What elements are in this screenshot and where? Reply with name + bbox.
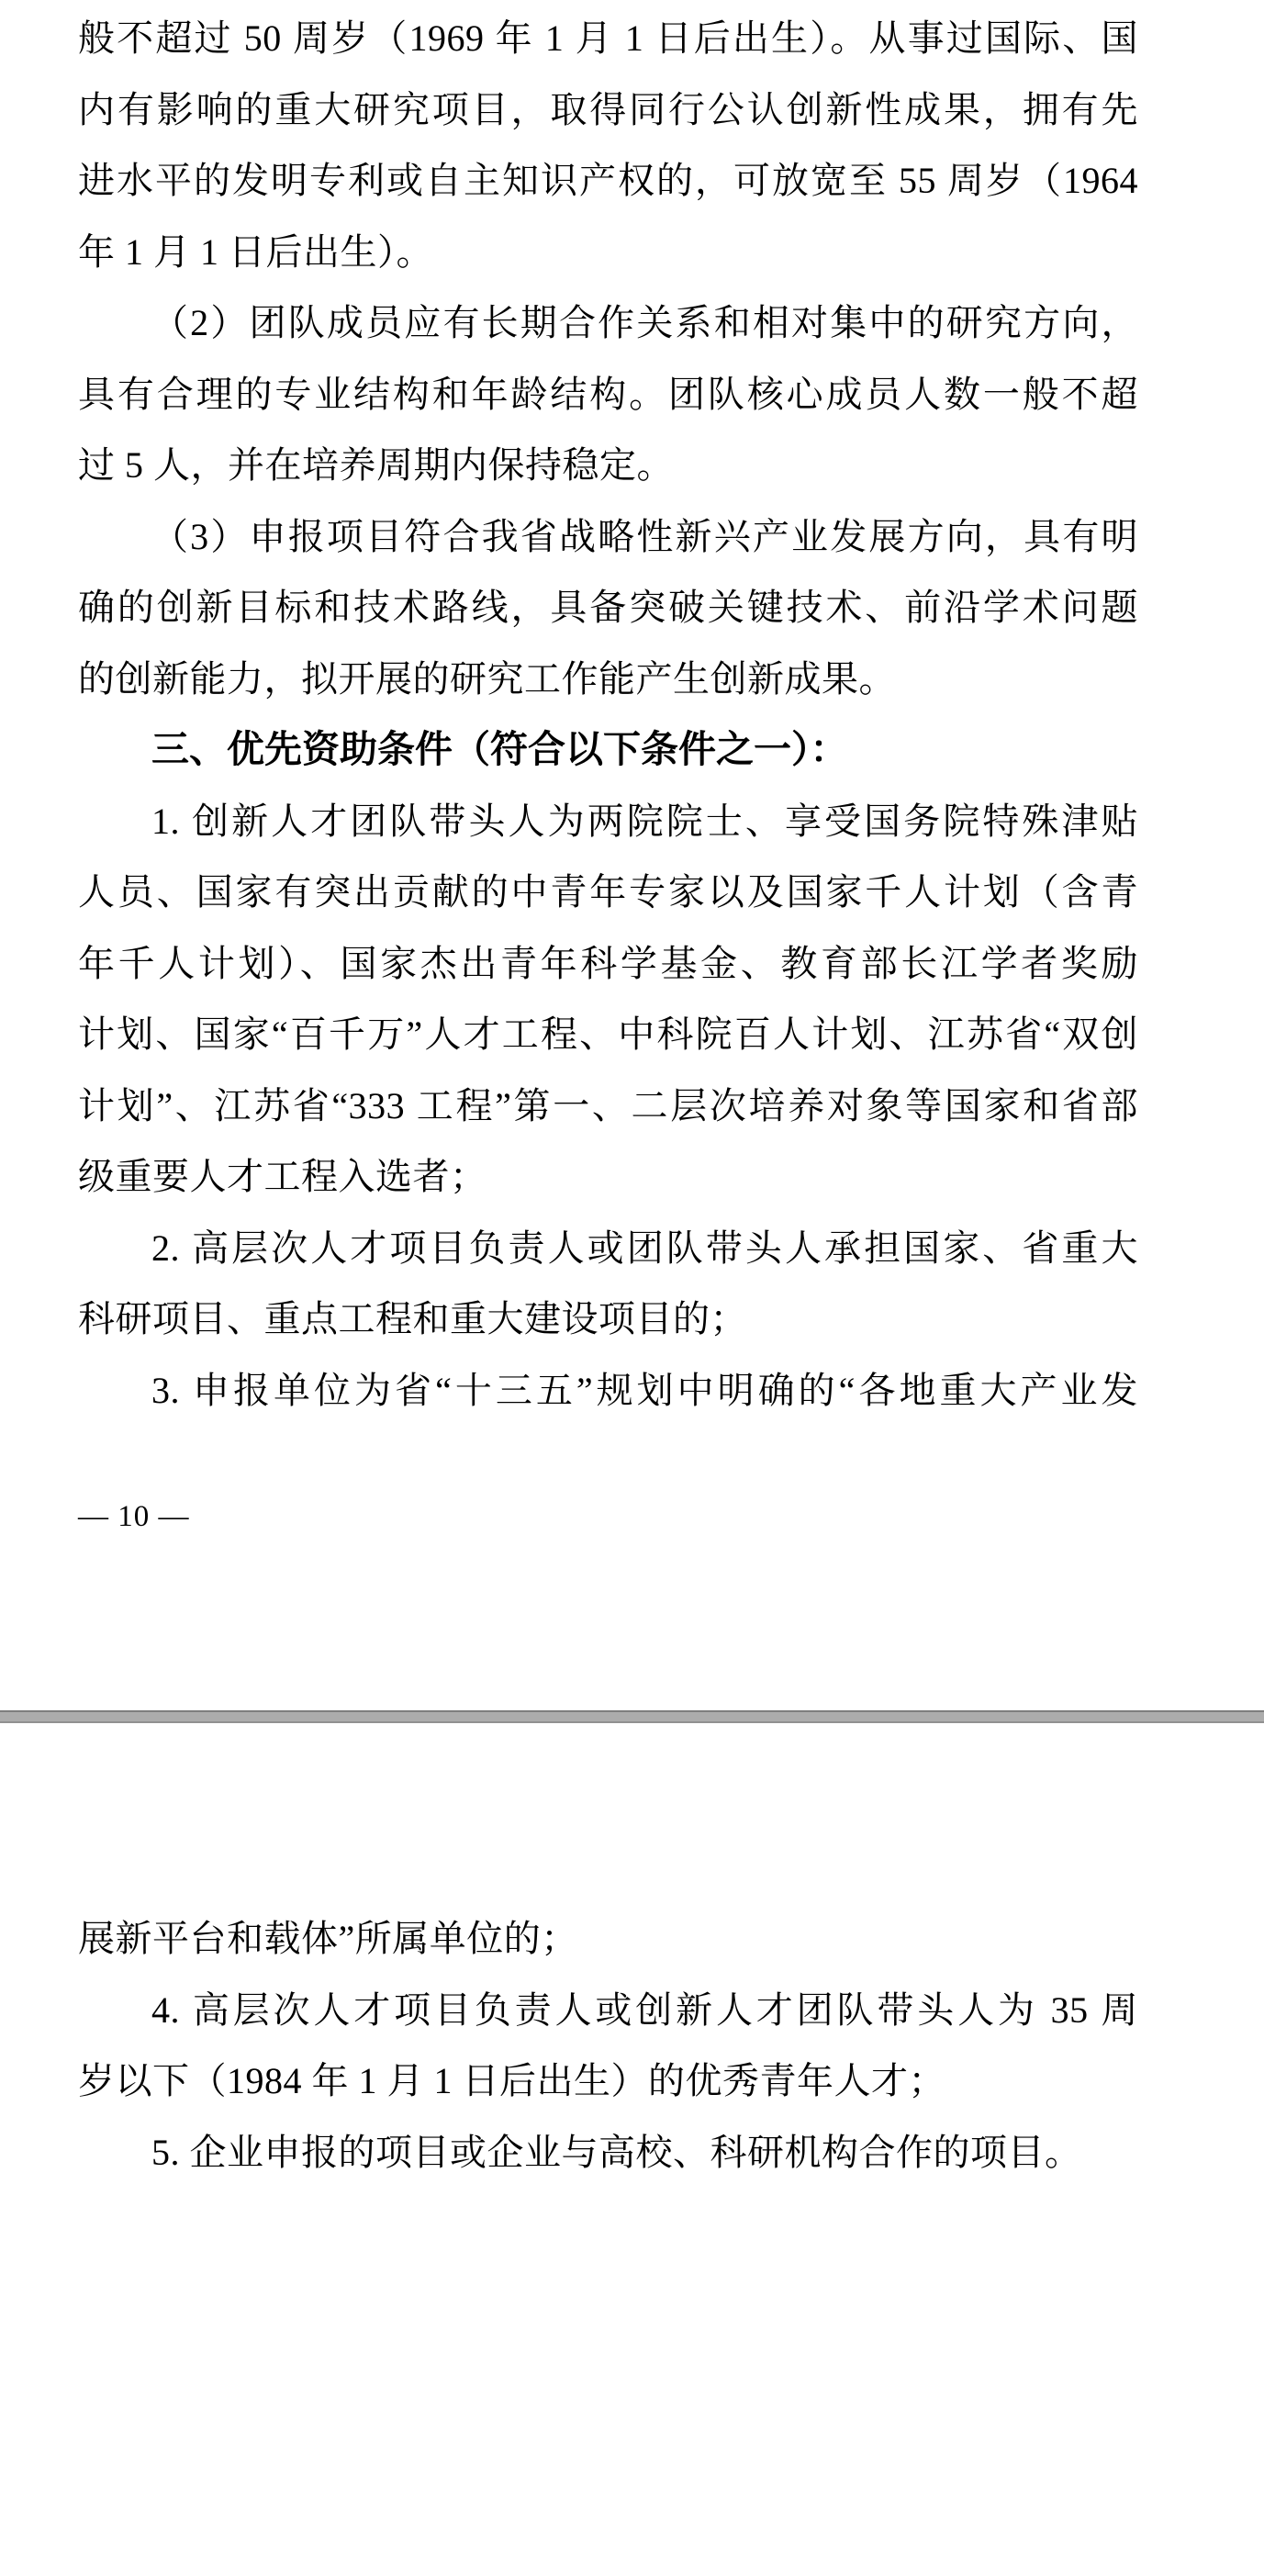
section-heading: 三、优先资助条件（符合以下条件之一）： <box>78 714 1138 786</box>
text-line: 5. 企业申报的项目或企业与高校、科研机构合作的项目。 <box>78 2117 1138 2189</box>
text-line: 级重要人才工程入选者； <box>78 1141 1138 1213</box>
page-separator <box>0 1710 1264 1723</box>
text-line: 3. 申报单位为省“十三五”规划中明确的“各地重大产业发 <box>78 1355 1138 1427</box>
text-line: （2）团队成员应有长期合作关系和相对集中的研究方向， <box>78 287 1138 359</box>
text-line: 过 5 人，并在培养周期内保持稳定。 <box>78 430 1138 501</box>
text-line: 计划、国家“百千万”人才工程、中科院百人计划、江苏省“双创 <box>78 999 1138 1070</box>
text-line: 年 1 月 1 日后出生）。 <box>78 217 1138 288</box>
text-line: 般不超过 50 周岁（1969 年 1 月 1 日后出生）。从事过国际、国 <box>78 3 1138 74</box>
text-line: 科研项目、重点工程和重大建设项目的； <box>78 1283 1138 1355</box>
page-number: — 10 — <box>78 1498 190 1535</box>
text-line: 2. 高层次人才项目负责人或团队带头人承担国家、省重大 <box>78 1213 1138 1284</box>
page-10-text-block: 般不超过 50 周岁（1969 年 1 月 1 日后出生）。从事过国际、国 内有… <box>0 3 1264 1426</box>
text-line: 展新平台和载体”所属单位的； <box>78 1903 1138 1975</box>
text-line: 具有合理的专业结构和年龄结构。团队核心成员人数一般不超 <box>78 359 1138 431</box>
text-line: 内有影响的重大研究项目，取得同行公认创新性成果，拥有先 <box>78 74 1138 146</box>
text-line: 1. 创新人才团队带头人为两院院士、享受国务院特殊津贴 <box>78 786 1138 857</box>
text-line: 年千人计划）、国家杰出青年科学基金、教育部长江学者奖励 <box>78 928 1138 1000</box>
text-line: 确的创新目标和技术路线，具备突破关键技术、前沿学术问题 <box>78 572 1138 644</box>
text-line: 进水平的发明专利或自主知识产权的，可放宽至 55 周岁（1964 <box>78 145 1138 217</box>
text-line: 的创新能力，拟开展的研究工作能产生创新成果。 <box>78 644 1138 715</box>
text-line: 岁以下（1984 年 1 月 1 日后出生）的优秀青年人才； <box>78 2045 1138 2117</box>
text-line: 人员、国家有突出贡献的中青年专家以及国家千人计划（含青 <box>78 857 1138 928</box>
text-line: （3）申报项目符合我省战略性新兴产业发展方向，具有明 <box>78 501 1138 573</box>
text-line: 计划”、江苏省“333 工程”第一、二层次培养对象等国家和省部 <box>78 1070 1138 1142</box>
document-view: 般不超过 50 周岁（1969 年 1 月 1 日后出生）。从事过国际、国 内有… <box>0 0 1264 2576</box>
page-11-text-block: 展新平台和载体”所属单位的； 4. 高层次人才项目负责人或创新人才团队带头人为 … <box>0 1903 1264 2188</box>
text-line: 4. 高层次人才项目负责人或创新人才团队带头人为 35 周 <box>78 1975 1138 2046</box>
